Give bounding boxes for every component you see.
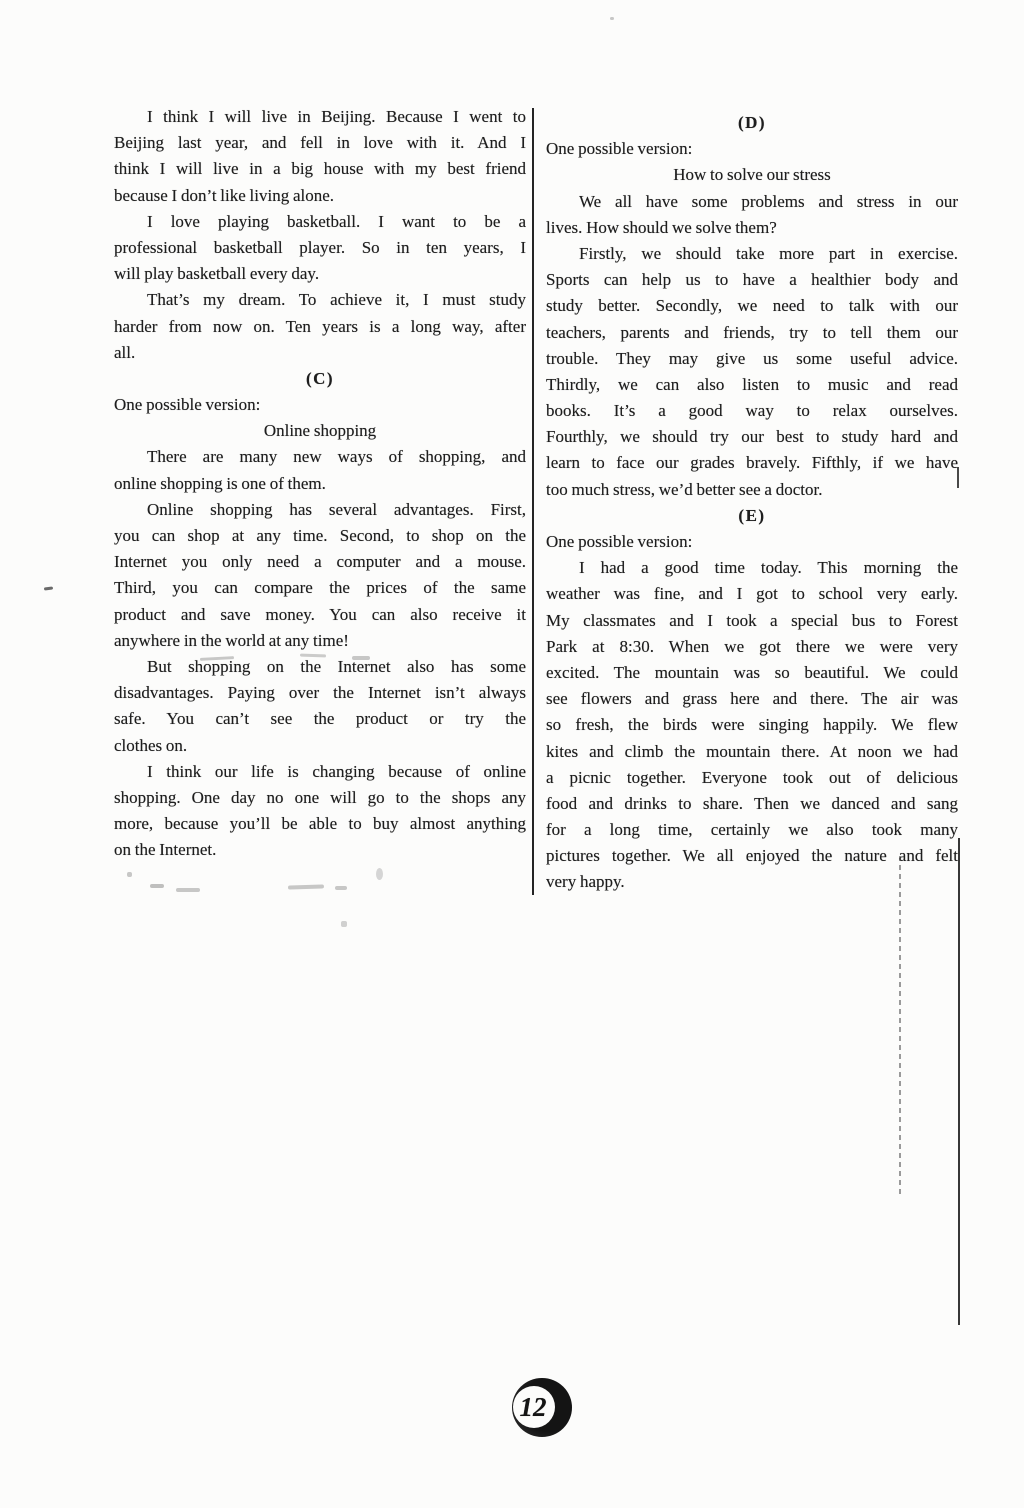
page-number-badge: 12	[512, 1378, 572, 1437]
text-line: books. It’s a good way to relax ourselve…	[546, 398, 958, 424]
text-line: safe. You can’t see the product or try t…	[114, 706, 526, 732]
text-line: Third, you can compare the prices of the…	[114, 575, 526, 601]
scan-speck	[610, 17, 614, 20]
text-line: on the Internet.	[114, 837, 526, 863]
text-line: more, because you’ll be able to buy almo…	[114, 811, 526, 837]
scanned-page: I think I will live in Beijing. Because …	[0, 0, 1024, 1508]
text-line: study better. Secondly, we need to talk …	[546, 293, 958, 319]
column-divider-rule	[532, 108, 534, 895]
section-heading: (E)	[546, 503, 958, 529]
text-line: I think our life is changing because of …	[114, 759, 526, 785]
scan-speck	[335, 886, 347, 890]
text-line: harder from now on. Ten years is a long …	[114, 314, 526, 340]
text-line: weather was fine, and I got to school ve…	[546, 581, 958, 607]
text-line: There are many new ways of shopping, and	[114, 444, 526, 470]
text-line: I had a good time today. This morning th…	[546, 555, 958, 581]
text-line: Firstly, we should take more part in exe…	[546, 241, 958, 267]
text-line: clothes on.	[114, 733, 526, 759]
scan-speck	[44, 586, 53, 590]
text-line: Beijing last year, and fell in love with…	[114, 130, 526, 156]
text-line: Sports can help us to have a healthier b…	[546, 267, 958, 293]
scan-speck	[341, 921, 347, 927]
text-line: too much stress, we’d better see a docto…	[546, 477, 958, 503]
scan-speck	[176, 888, 200, 892]
text-line: teachers, parents and friends, try to te…	[546, 320, 958, 346]
essay-title: Online shopping	[114, 418, 526, 444]
text-line: My classmates and I took a special bus t…	[546, 608, 958, 634]
text-line: shopping. One day no one will go to the …	[114, 785, 526, 811]
scan-fold-line-faint	[899, 856, 901, 1194]
text-line: you can shop at any time. Second, to sho…	[114, 523, 526, 549]
text-line: We all have some problems and stress in …	[546, 189, 958, 215]
section-heading: (C)	[114, 366, 526, 392]
essay-title: How to solve our stress	[546, 162, 958, 188]
text-line: online shopping is one of them.	[114, 471, 526, 497]
version-label: One possible version:	[546, 136, 958, 162]
text-line: because I don’t like living alone.	[114, 183, 526, 209]
text-line: I think I will live in Beijing. Because …	[114, 104, 526, 130]
text-line: professional basketball player. So in te…	[114, 235, 526, 261]
version-label: One possible version:	[546, 529, 958, 555]
text-line: trouble. They may give us some useful ad…	[546, 346, 958, 372]
text-line: Fourthly, we should try our best to stud…	[546, 424, 958, 450]
text-line: Park at 8:30. When we got there we were …	[546, 634, 958, 660]
text-line: food and drinks to share. Then we danced…	[546, 791, 958, 817]
scan-speck	[352, 656, 370, 660]
scan-fold-line-dark	[958, 838, 960, 1325]
scan-speck	[150, 884, 164, 888]
text-line: Internet you only need a computer and a …	[114, 549, 526, 575]
text-line: very happy.	[546, 869, 958, 895]
right-column: (D)One possible version:How to solve our…	[546, 110, 958, 896]
text-line: product and save money. You can also rec…	[114, 602, 526, 628]
text-line: disadvantages. Paying over the Internet …	[114, 680, 526, 706]
section-heading: (D)	[546, 110, 958, 136]
version-label: One possible version:	[114, 392, 526, 418]
page-number: 12	[520, 1392, 547, 1423]
text-line: That’s my dream. To achieve it, I must s…	[114, 287, 526, 313]
text-line: learn to face our grades bravely. Fifthl…	[546, 450, 958, 476]
text-line: see flowers and grass here and there. Th…	[546, 686, 958, 712]
scan-speck	[288, 884, 324, 889]
text-line: will play basketball every day.	[114, 261, 526, 287]
page-number-crescent: 12	[513, 1386, 555, 1428]
text-line: think I will live in a big house with my…	[114, 156, 526, 182]
text-line: kites and climb the mountain there. At n…	[546, 739, 958, 765]
scan-speck	[127, 872, 132, 877]
text-line: lives. How should we solve them?	[546, 215, 958, 241]
text-line: pictures together. We all enjoyed the na…	[546, 843, 958, 869]
text-line: anywhere in the world at any time!	[114, 628, 526, 654]
text-line: for a long time, certainly we also took …	[546, 817, 958, 843]
text-line: Thirdly, we can also listen to music and…	[546, 372, 958, 398]
scan-fold-tick	[957, 467, 959, 488]
text-line: Online shopping has several advantages. …	[114, 497, 526, 523]
text-line: I love playing basketball. I want to be …	[114, 209, 526, 235]
scan-speck	[376, 868, 383, 880]
text-line: all.	[114, 340, 526, 366]
text-line: so fresh, the birds were singing happily…	[546, 712, 958, 738]
text-line: But shopping on the Internet also has so…	[114, 654, 526, 680]
text-line: a picnic together. Everyone took out of …	[546, 765, 958, 791]
left-column: I think I will live in Beijing. Because …	[114, 104, 526, 863]
text-line: excited. The mountain was so beautiful. …	[546, 660, 958, 686]
